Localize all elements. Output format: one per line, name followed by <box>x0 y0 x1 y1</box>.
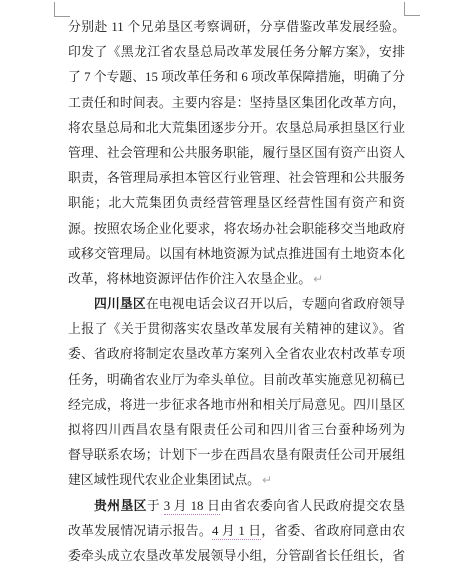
text-line: 经完成，将进一步征求各地市州和相关厅局意见。四川垦区 <box>68 393 405 418</box>
text-line: 改革发展情况请示报告。4 月 1 日，省委、省政府同意由农 <box>68 519 405 544</box>
text-line: 委牵头成立农垦改革发展领导小组，分管副省长任组长，省 <box>68 544 405 569</box>
text-line: 职责，各管理局承担本管区行业管理、社会管理和公共服务 <box>68 166 405 191</box>
text-run: 源。按照农场企业化要求，将农场办社会职能移交当地政府 <box>68 222 405 236</box>
text-run: 改革发展情况请示报告。 <box>68 524 212 538</box>
underlined-date-run: 4 月 1 日 <box>212 524 261 540</box>
text-line: 分别赴 11 个兄弟垦区考察调研，分享借鉴改革发展经验。 <box>68 15 405 40</box>
text-run: 拟将四川西昌农垦有限责任公司和四川省三台蚕种场列为 <box>68 423 405 437</box>
text-run: 任务，明确省农业厅为牵头单位。目前改革实施意见初稿已 <box>68 373 405 387</box>
text-line: 印发了《黑龙江省农垦总局改革发展任务分解方案》，安排 <box>68 40 405 65</box>
text-line: 源。按照农场企业化要求，将农场办社会职能移交当地政府 <box>68 217 405 242</box>
text-run: 改革，将林地资源评估作价注入农垦企业。 <box>68 272 311 286</box>
text-line: 将农垦总局和北大荒集团逐步分开。农垦总局承担垦区行业 <box>68 116 405 141</box>
text-line: 或移交管理局。以国有林地资源为试点推进国有土地资本化 <box>68 242 405 267</box>
text-line: 管理、社会管理和公共服务职能，履行垦区国有资产出资人 <box>68 141 405 166</box>
text-line: 拟将四川西昌农垦有限责任公司和四川省三台蚕种场列为 <box>68 418 405 443</box>
text-run: 督导联系农场；计划下一步在西昌农垦有限责任公司开展组 <box>68 448 405 462</box>
bold-run: 四川垦区 <box>94 297 146 311</box>
text-run: 经完成，将进一步征求各地市州和相关厅局意见。四川垦区 <box>68 398 405 412</box>
text-run: 分别赴 11 个兄弟垦区考察调研，分享借鉴改革发展经验。 <box>68 20 405 34</box>
underlined-date-run: 3 月 18 日 <box>164 499 221 515</box>
text-run: 委牵头成立农垦改革发展领导小组，分管副省长任组长，省 <box>68 549 405 563</box>
text-line: 四川垦区在电视电话会议召开以后，专题向省政府领导 <box>68 292 405 317</box>
text-run: 或移交管理局。以国有林地资源为试点推进国有土地资本化 <box>68 247 405 261</box>
text-line: 上报了《关于贯彻落实农垦改革发展有关精神的建议》。省 <box>68 317 405 342</box>
text-run: 于 <box>147 499 164 513</box>
text-line: 督导联系农场；计划下一步在西昌农垦有限责任公司开展组 <box>68 443 405 468</box>
text-run: ，省委、省政府同意由农 <box>261 524 405 538</box>
document-text: 分别赴 11 个兄弟垦区考察调研，分享借鉴改革发展经验。印发了《黑龙江省农垦总局… <box>68 15 405 569</box>
text-run: 建区域性现代农业企业集团试点。 <box>68 473 260 487</box>
text-line: 改革，将林地资源评估作价注入农垦企业。↵ <box>68 267 405 292</box>
text-run: 将农垦总局和北大荒集团逐步分开。农垦总局承担垦区行业 <box>68 121 405 135</box>
text-line: 职能；北大荒集团负责经营管理垦区经营性国有资产和资 <box>68 191 405 216</box>
text-line: 任务，明确省农业厅为牵头单位。目前改革实施意见初稿已 <box>68 368 405 393</box>
text-run: 印发了《黑龙江省农垦总局改革发展任务分解方案》，安排 <box>68 45 405 59</box>
text-run: 管理、社会管理和公共服务职能，履行垦区国有资产出资人 <box>68 146 405 160</box>
text-line: 委、省政府将制定农垦改革方案列入全省农业农村改革专项 <box>68 342 405 367</box>
bold-run: 贵州垦区 <box>94 499 147 513</box>
text-run: 上报了《关于贯彻落实农垦改革发展有关精神的建议》。省 <box>68 322 405 336</box>
text-run: 委、省政府将制定农垦改革方案列入全省农业农村改革专项 <box>68 347 405 361</box>
text-run: 了 7 个专题、15 项改革任务和 6 项改革保障措施，明确了分 <box>68 70 405 84</box>
text-run: 在电视电话会议召开以后，专题向省政府领导 <box>146 297 405 311</box>
text-line: 贵州垦区于 3 月 18 日由省农委向省人民政府提交农垦 <box>68 494 405 519</box>
text-run: 由省农委向省人民政府提交农垦 <box>220 499 405 513</box>
text-run: 职能；北大荒集团负责经营管理垦区经营性国有资产和资 <box>68 196 405 210</box>
document-page: 分别赴 11 个兄弟垦区考察调研，分享借鉴改革发展经验。印发了《黑龙江省农垦总局… <box>0 0 475 571</box>
paragraph-mark-icon: ↵ <box>311 272 323 286</box>
text-boundary-corner-top-right-icon <box>404 2 420 16</box>
text-line: 工责任和时间表。主要内容是：坚持垦区集团化改革方向， <box>68 91 405 116</box>
text-line: 了 7 个专题、15 项改革任务和 6 项改革保障措施，明确了分 <box>68 65 405 90</box>
text-run: 职责，各管理局承担本管区行业管理、社会管理和公共服务 <box>68 171 405 185</box>
text-line: 建区域性现代农业企业集团试点。↵ <box>68 468 405 493</box>
text-run: 工责任和时间表。主要内容是：坚持垦区集团化改革方向， <box>68 96 405 110</box>
paragraph-mark-icon: ↵ <box>260 473 272 487</box>
